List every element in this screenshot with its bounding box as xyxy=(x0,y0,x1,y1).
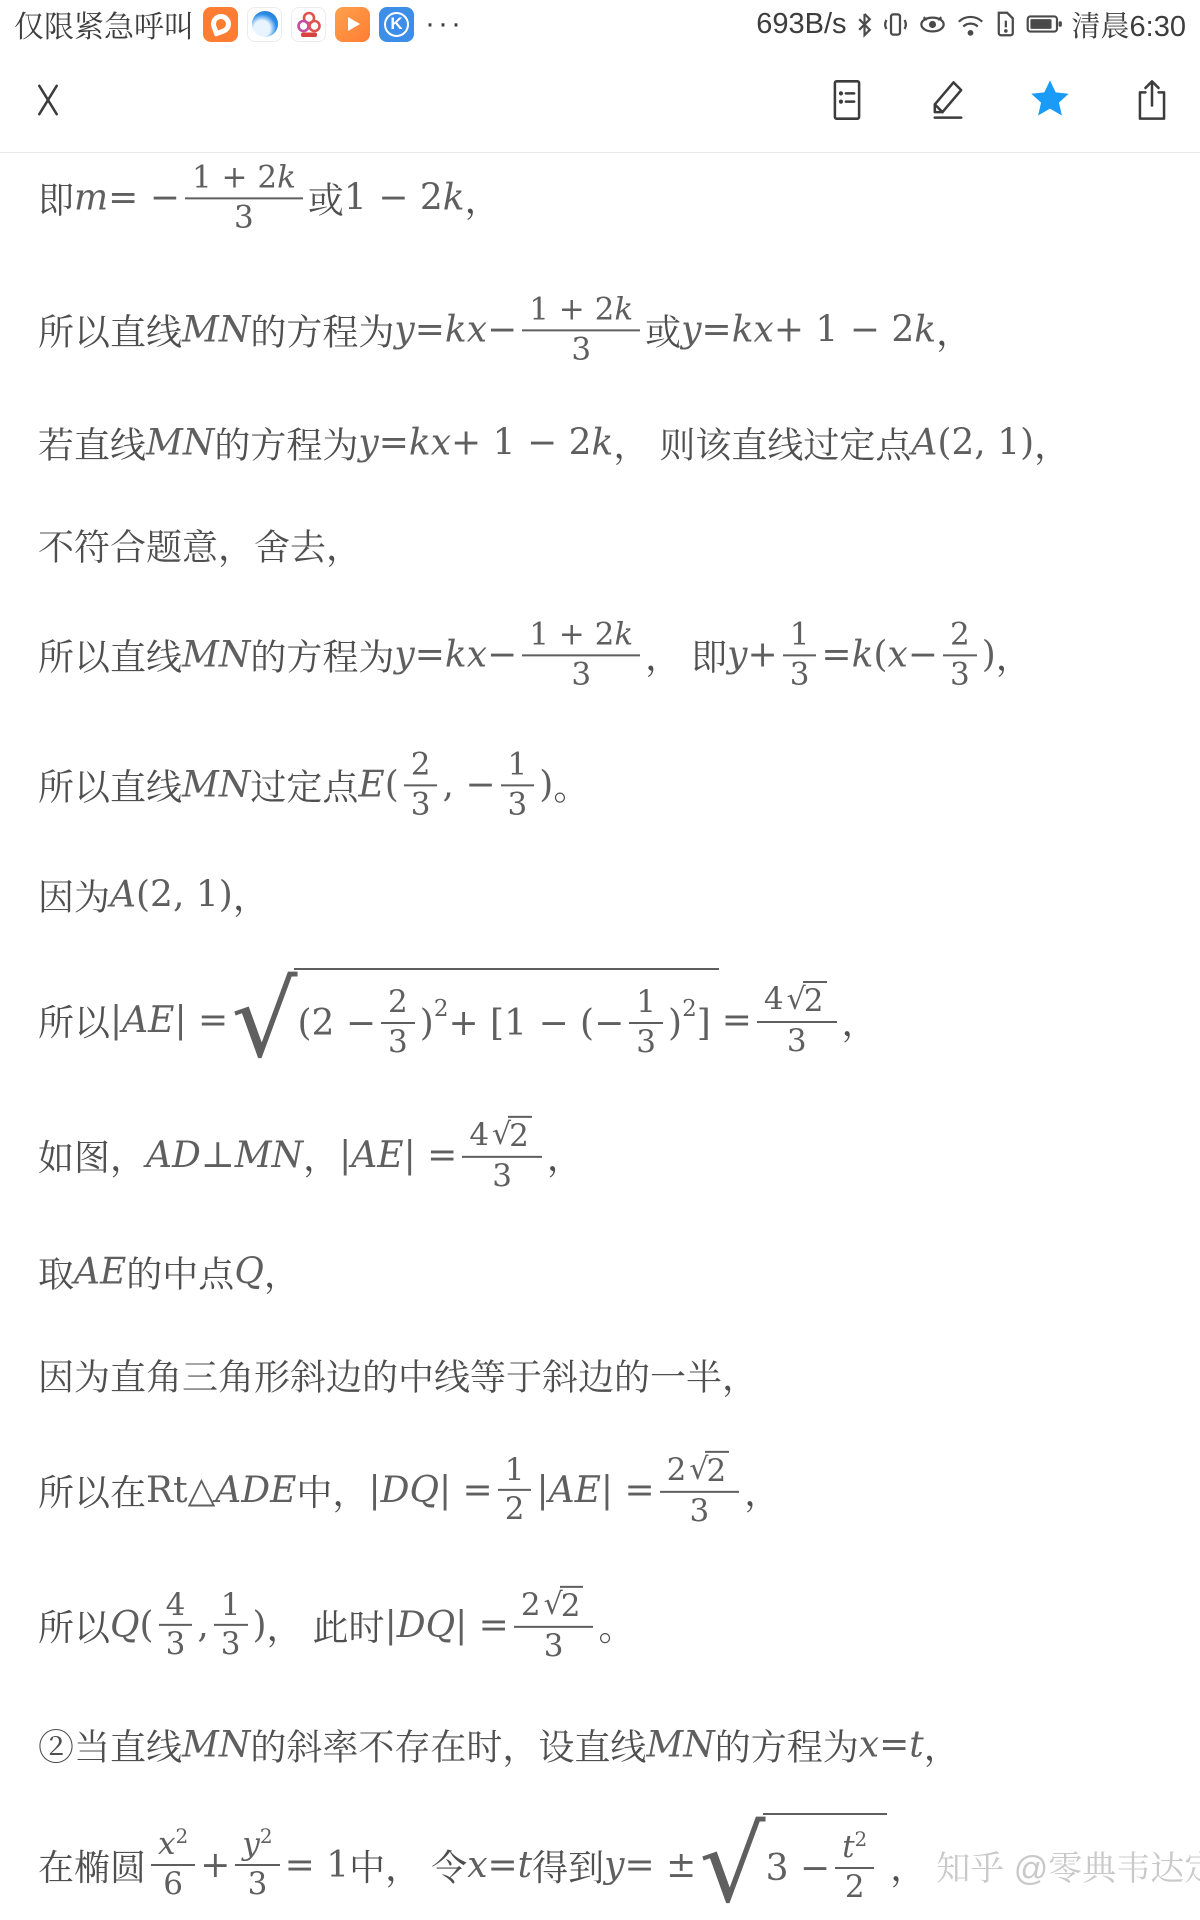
math-text: = xyxy=(379,423,409,464)
math-text: 3 xyxy=(166,1627,186,1663)
chinese-text: 中， xyxy=(296,1465,368,1516)
math-text: y xyxy=(727,635,747,676)
formula-line-9: 如图， AD⊥MN， |AE| = 4√23 ， xyxy=(38,1115,583,1195)
math-text: (2, 1) xyxy=(136,875,233,916)
fraction-numerator: 2 xyxy=(381,984,415,1024)
fraction-numerator: x2 xyxy=(151,1826,195,1866)
math-text: MN xyxy=(182,1725,250,1766)
math-text: 2 xyxy=(845,1870,865,1906)
chinese-text: ， xyxy=(264,1247,300,1298)
chinese-text: 因为直角三角形斜边的中线等于斜边的一半， xyxy=(38,1350,758,1401)
math-text: | = xyxy=(174,1000,228,1041)
fraction: 43 xyxy=(159,1586,193,1663)
chinese-text: ②当直线 xyxy=(38,1720,182,1771)
fraction-denominator: 3 xyxy=(537,1628,571,1666)
math-text: = xyxy=(415,635,445,676)
math-text: y xyxy=(681,310,701,351)
fraction-denominator: 3 xyxy=(381,1024,415,1062)
math-text: 1 xyxy=(790,617,810,653)
math-text: ) xyxy=(420,1003,434,1044)
math-text: − xyxy=(487,635,517,676)
math-text: ) xyxy=(539,765,553,806)
math-text: DQ xyxy=(381,1470,439,1511)
math-text: , − xyxy=(442,765,495,806)
math-text: 2 xyxy=(521,1587,541,1623)
chinese-text: ， xyxy=(890,1840,926,1891)
fraction-denominator: 2 xyxy=(498,1491,532,1529)
math-text: kx xyxy=(445,310,487,351)
superscript: 2 xyxy=(176,1825,189,1848)
sqrt-expression: √2 xyxy=(787,981,827,1020)
formula-line-7: 因为A(2, 1)， xyxy=(38,870,269,921)
math-text: = xyxy=(488,1845,518,1886)
fraction: y23 xyxy=(235,1826,279,1903)
math-text: 3 xyxy=(790,657,810,693)
math-text: | xyxy=(110,1000,122,1041)
fraction-denominator: 3 xyxy=(943,656,977,694)
math-text: x xyxy=(859,1725,879,1766)
math-text: ⊥ xyxy=(201,1135,235,1176)
math-text: 1 + 2 xyxy=(529,617,614,653)
formula-line-1: 即 m = −1 + 2k3或1 − 2k ， xyxy=(38,159,501,236)
fraction: 4√23 xyxy=(757,980,837,1060)
math-text: | = xyxy=(439,1470,493,1511)
math-text: 2 xyxy=(950,617,970,653)
math-text: + xyxy=(748,635,778,676)
fraction-numerator: 4√2 xyxy=(757,980,837,1023)
math-text: | xyxy=(368,1470,380,1511)
fraction-numerator: 1 xyxy=(629,984,663,1024)
fraction-denominator: 3 xyxy=(683,1493,717,1531)
math-text: DQ xyxy=(397,1605,455,1646)
fraction-denominator: 3 xyxy=(214,1626,248,1664)
formula-line-10: 取AE的中点Q， xyxy=(38,1247,300,1298)
formula-line-3: 若直线MN的方程为y = kx + 1 − 2k， 则该直线过定点A(2, 1)… xyxy=(38,418,1070,469)
math-text: 1 − 2 xyxy=(344,178,443,219)
chinese-text: 所以直线 xyxy=(38,760,182,811)
math-text: AE xyxy=(122,1000,174,1041)
sqrt-body: 2 xyxy=(560,1586,584,1625)
math-text: + 1 − 2 xyxy=(451,423,591,464)
math-text: t xyxy=(842,1830,854,1866)
chinese-text: 的方程为 xyxy=(250,305,394,356)
chinese-text: 所以直线 xyxy=(38,305,182,356)
math-text: ( xyxy=(873,635,887,676)
chinese-text: 过定点 xyxy=(250,760,358,811)
superscript: 2 xyxy=(682,996,697,1022)
math-text: ADE xyxy=(215,1470,296,1511)
fraction-denominator: 3 xyxy=(629,1024,663,1062)
math-text: m xyxy=(74,178,108,219)
math-text: 1 xyxy=(508,747,528,783)
math-text: 1 + 2 xyxy=(192,160,277,196)
fraction: 23 xyxy=(381,984,415,1061)
math-text: ) xyxy=(982,635,996,676)
superscript: 2 xyxy=(260,1825,273,1848)
math-text: 3 xyxy=(690,1494,710,1530)
math-text: ( xyxy=(140,1605,154,1646)
chinese-text: 即 xyxy=(38,173,74,224)
math-text: A xyxy=(110,875,136,916)
math-text: k xyxy=(277,160,296,196)
sqrt-expression: √(2 − 23)2 + [1 − (−13)2] xyxy=(231,968,719,1072)
math-text: 3 xyxy=(787,1024,807,1060)
math-text: − xyxy=(908,635,938,676)
fraction-numerator: 4√2 xyxy=(462,1115,542,1158)
math-text: | xyxy=(385,1605,397,1646)
chinese-text: ， xyxy=(996,630,1032,681)
math-text: y xyxy=(604,1845,624,1886)
math-text: kx xyxy=(445,635,487,676)
radical-sign-icon: √ xyxy=(699,1813,765,1917)
math-text: ( xyxy=(385,765,399,806)
math-text: t xyxy=(518,1845,532,1886)
superscript: 2 xyxy=(855,1828,868,1851)
chinese-text: 取 xyxy=(38,1247,74,1298)
math-text: Q xyxy=(234,1252,264,1293)
fraction: 1 + 2k3 xyxy=(522,616,640,693)
math-text: 3 xyxy=(508,787,528,823)
fraction-denominator: 3 xyxy=(564,656,598,694)
superscript: 2 xyxy=(434,996,449,1022)
math-text: = 1 xyxy=(285,1845,350,1886)
fraction: 2√23 xyxy=(514,1585,594,1665)
chinese-text: 所以 xyxy=(38,995,110,1046)
math-text: 3 xyxy=(544,1629,564,1665)
math-text: MN xyxy=(646,1725,714,1766)
fraction: 13 xyxy=(501,746,535,823)
math-text: 3 xyxy=(636,1025,656,1061)
math-text: y xyxy=(394,635,414,676)
formula-line-12: 所以在Rt△ADE中， |DQ| = 12|AE| = 2√23 ， xyxy=(38,1450,780,1530)
math-text: | = xyxy=(404,1135,458,1176)
math-text: , xyxy=(197,1605,208,1646)
chinese-text: ， xyxy=(547,1130,583,1181)
fraction-denominator: 6 xyxy=(156,1866,190,1904)
phone-screen: 仅限紧急呼叫 K ··· 693B/s xyxy=(0,0,1200,1920)
math-text: | xyxy=(339,1135,351,1176)
math-text: AE xyxy=(351,1135,403,1176)
fraction-denominator: 3 xyxy=(564,331,598,369)
chinese-text: ， xyxy=(465,173,501,224)
math-text: 1 xyxy=(221,1587,241,1623)
math-text: AE xyxy=(549,1470,601,1511)
fraction-numerator: 2 xyxy=(404,746,438,786)
math-text: = xyxy=(722,1000,752,1041)
chinese-text: ， xyxy=(303,1130,339,1181)
math-text: k xyxy=(852,635,874,676)
fraction: t22 xyxy=(835,1829,874,1906)
math-text: | xyxy=(536,1470,548,1511)
chinese-text: ， 则该直线过定点 xyxy=(613,418,911,469)
chinese-text: ， 即 xyxy=(645,630,727,681)
math-text: kx xyxy=(732,310,774,351)
chinese-text: 在椭圆 xyxy=(38,1840,146,1891)
formula-line-14: ②当直线MN的斜率不存在时，设直线MN的方程为x = t ， xyxy=(38,1720,960,1771)
math-text: = − xyxy=(108,178,180,219)
math-text: MN xyxy=(146,423,214,464)
math-text: 4 xyxy=(166,1587,186,1623)
math-text: k xyxy=(614,292,633,328)
fraction: 13 xyxy=(783,616,817,693)
math-text: 2 xyxy=(561,1589,581,1625)
fraction-numerator: 2√2 xyxy=(660,1450,740,1493)
chinese-text: ， xyxy=(744,1465,780,1516)
chinese-text: 的方程为 xyxy=(214,418,358,469)
math-text: 2 xyxy=(667,1452,687,1488)
math-text: 3 xyxy=(221,1627,241,1663)
chinese-text: 的方程为 xyxy=(715,1720,859,1771)
fraction-denominator: 3 xyxy=(404,786,438,824)
math-text: k xyxy=(592,423,614,464)
math-text: = xyxy=(415,310,445,351)
sqrt-expression: √2 xyxy=(544,1586,584,1625)
fraction-denominator: 3 xyxy=(780,1023,814,1061)
fraction: 13 xyxy=(214,1586,248,1663)
math-text: | = xyxy=(601,1470,655,1511)
chinese-text: 所以 xyxy=(38,1600,110,1651)
math-text: 2 xyxy=(804,984,824,1020)
math-text: Q xyxy=(110,1605,140,1646)
chinese-text: ， 此时 xyxy=(267,1600,385,1651)
fraction: 2√23 xyxy=(660,1450,740,1530)
math-text: Rt△ xyxy=(146,1470,215,1511)
formula-line-2: 所以直线MN的方程为y = kx − 1 + 2k3或y = kx + 1 − … xyxy=(38,291,972,368)
math-text: x xyxy=(467,1845,487,1886)
fraction: 4√23 xyxy=(462,1115,542,1195)
fraction-denominator: 3 xyxy=(485,1158,519,1196)
chinese-text: ， xyxy=(936,305,972,356)
formula-line-8: 所以|AE| = √(2 − 23)2 + [1 − (−13)2] = 4√2… xyxy=(38,968,878,1072)
math-text: ] xyxy=(697,1003,711,1044)
formula-line-11: 因为直角三角形斜边的中线等于斜边的一半， xyxy=(38,1350,758,1401)
fraction-numerator: 1 xyxy=(498,1451,532,1491)
zhihu-watermark: 知乎 @零典韦达定理 xyxy=(936,1841,1200,1890)
sqrt-expression: √2 xyxy=(689,1451,729,1490)
math-text: | = xyxy=(455,1605,509,1646)
math-text: A xyxy=(911,423,937,464)
math-text: 4 xyxy=(764,982,784,1018)
fraction-numerator: t2 xyxy=(835,1829,874,1869)
math-text: 3 xyxy=(234,200,254,236)
math-text: t xyxy=(909,1725,923,1766)
math-text: k xyxy=(914,310,936,351)
math-text: 1 xyxy=(505,1452,525,1488)
chinese-text: 的斜率不存在时，设直线 xyxy=(250,1720,646,1771)
sqrt-body: 2 xyxy=(705,1451,729,1490)
chinese-text: 所以直线 xyxy=(38,630,182,681)
fraction-denominator: 3 xyxy=(501,786,535,824)
math-text: (2, 1) xyxy=(937,423,1034,464)
math-text: 1 xyxy=(636,985,656,1021)
math-text: 2 xyxy=(388,985,408,1021)
fraction-numerator: 2 xyxy=(943,616,977,656)
math-text: 4 xyxy=(469,1117,489,1153)
chinese-text: 或 xyxy=(645,305,681,356)
math-text: y xyxy=(394,310,414,351)
fraction-numerator: 1 + 2k xyxy=(522,291,640,331)
fraction: x26 xyxy=(151,1826,195,1903)
math-text: MN xyxy=(182,765,250,806)
chinese-text: ， xyxy=(924,1720,960,1771)
math-text: + [1 − (− xyxy=(448,1003,624,1044)
math-text: = ± xyxy=(625,1845,697,1886)
math-text: 2 xyxy=(411,747,431,783)
math-text: 3 xyxy=(411,787,431,823)
math-text: − xyxy=(487,310,517,351)
formula-line-6: 所以直线MN过定点E(23, −13)。 xyxy=(38,746,589,823)
sqrt-expression: √3 − t22 xyxy=(699,1813,887,1917)
fraction-denominator: 3 xyxy=(241,1866,275,1904)
fraction-denominator: 3 xyxy=(159,1626,193,1664)
chinese-text: 中， 令 xyxy=(349,1840,467,1891)
fraction: 23 xyxy=(404,746,438,823)
math-text: E xyxy=(358,765,384,806)
chinese-text: ， xyxy=(842,995,878,1046)
math-text: ) xyxy=(668,1003,682,1044)
formula-line-4: 不符合题意，舍去， xyxy=(38,520,362,571)
math-text: + xyxy=(200,1845,230,1886)
sqrt-body: 2 xyxy=(803,981,827,1020)
chinese-text: 。 xyxy=(553,760,589,811)
fraction-denominator: 3 xyxy=(227,199,261,237)
fraction-numerator: 1 xyxy=(214,1586,248,1626)
chinese-text: 得到 xyxy=(532,1840,604,1891)
math-text: 3 xyxy=(571,657,591,693)
math-text: ) xyxy=(253,1605,267,1646)
math-text: k xyxy=(443,178,465,219)
chinese-text: 或 xyxy=(308,173,344,224)
math-text: 3 xyxy=(950,657,970,693)
formula-line-15: 在椭圆x26 + y23 = 1中， 令x = t得到y = ±√3 − t22… xyxy=(38,1813,1200,1917)
chinese-text: 的方程为 xyxy=(250,630,394,681)
chinese-text: ， xyxy=(233,870,269,921)
fraction-denominator: 2 xyxy=(838,1869,872,1907)
math-text: 3 xyxy=(388,1025,408,1061)
chinese-text: 的中点 xyxy=(126,1247,234,1298)
fraction-denominator: 3 xyxy=(783,656,817,694)
math-text: x xyxy=(158,1827,175,1863)
chinese-text: 不符合题意，舍去， xyxy=(38,520,362,571)
math-text: MN xyxy=(182,635,250,676)
math-text: 1 + 2 xyxy=(529,292,614,328)
math-text: 2 xyxy=(706,1454,726,1490)
fraction-numerator: 2√2 xyxy=(514,1585,594,1628)
math-text: MN xyxy=(235,1135,303,1176)
math-text: 6 xyxy=(163,1867,183,1903)
math-text: = xyxy=(821,635,851,676)
formula-line-5: 所以直线MN的方程为y = kx − 1 + 2k3， 即y + 13 = k(… xyxy=(38,616,1032,693)
radical-sign-icon: √ xyxy=(231,968,297,1072)
math-text: AD xyxy=(146,1135,201,1176)
fraction-numerator: 1 xyxy=(783,616,817,656)
formula-line-13: 所以Q(43, 13)， 此时|DQ| = 2√23。 xyxy=(38,1585,634,1665)
math-text: 3 − xyxy=(766,1848,831,1889)
fraction: 1 + 2k3 xyxy=(522,291,640,368)
fraction-numerator: 4 xyxy=(159,1586,193,1626)
math-text: (2 − xyxy=(297,1003,376,1044)
math-text: AE xyxy=(74,1252,126,1293)
chinese-text: 所以在 xyxy=(38,1465,146,1516)
chinese-text: 如图， xyxy=(38,1130,146,1181)
math-text: y xyxy=(242,1827,260,1863)
math-text: y xyxy=(358,423,378,464)
math-text: = xyxy=(702,310,732,351)
chinese-text: 若直线 xyxy=(38,418,146,469)
fraction: 23 xyxy=(943,616,977,693)
math-text: + 1 − 2 xyxy=(774,310,914,351)
fraction: 12 xyxy=(498,1451,532,1528)
sqrt-body: (2 − 23)2 + [1 − (−13)2] xyxy=(294,968,718,1072)
math-text: = xyxy=(879,1725,909,1766)
sqrt-body: 2 xyxy=(508,1116,532,1155)
sqrt-expression: √2 xyxy=(492,1116,532,1155)
fraction-numerator: 1 + 2k xyxy=(185,159,303,199)
chinese-text: ， xyxy=(1034,418,1070,469)
chinese-text: 因为 xyxy=(38,870,110,921)
math-text: 3 xyxy=(492,1159,512,1195)
math-text: MN xyxy=(182,310,250,351)
math-text: k xyxy=(614,617,633,653)
article-content: 即 m = −1 + 2k3或1 − 2k ，所以直线MN的方程为y = kx … xyxy=(0,0,1200,1920)
math-text: 3 xyxy=(248,1867,268,1903)
math-text: 2 xyxy=(509,1119,529,1155)
math-text: x xyxy=(887,635,907,676)
fraction-numerator: y2 xyxy=(235,1826,279,1866)
chinese-text: 。 xyxy=(598,1600,634,1651)
math-text: 3 xyxy=(571,332,591,368)
math-text: kx xyxy=(409,423,451,464)
fraction: 13 xyxy=(629,984,663,1061)
fraction-numerator: 1 + 2k xyxy=(522,616,640,656)
fraction-numerator: 1 xyxy=(501,746,535,786)
math-text: 2 xyxy=(505,1492,525,1528)
sqrt-body: 3 − t22 xyxy=(763,1813,888,1917)
fraction: 1 + 2k3 xyxy=(185,159,303,236)
